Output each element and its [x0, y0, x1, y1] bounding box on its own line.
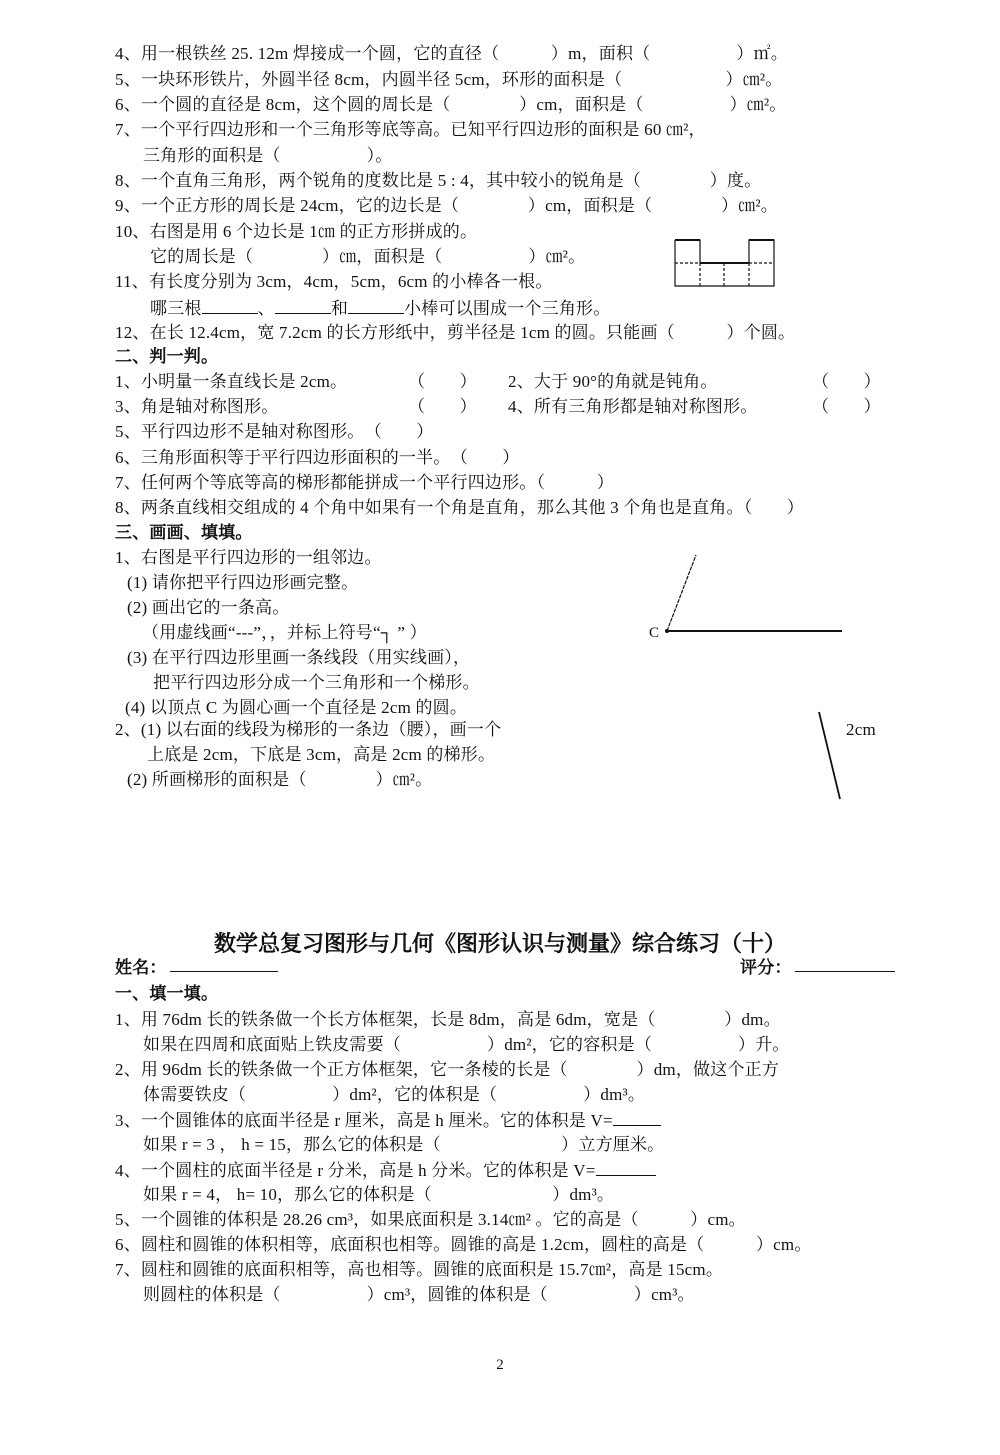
- judge-item-7: 7、任何两个等底等高的梯形都能拼成一个平行四边形。（ ）: [115, 472, 614, 494]
- section-heading-judge: 二、判一判。: [115, 346, 218, 368]
- fill-question-2-cont: 体需要铁皮（ ）dm²，它的体积是（ ）dm³。: [143, 1084, 645, 1106]
- answer-blank[interactable]: [348, 297, 404, 314]
- judge-item-2: 2、大于 90°的角就是钝角。: [508, 371, 718, 393]
- judge-item-3: 3、角是轴对称图形。: [115, 396, 279, 418]
- question-1-5: 5、一块环形铁片，外圆半径 8cm，内圆半径 5cm，环形的面积是（ ）㎝²。: [115, 69, 782, 91]
- answer-blank[interactable]: [613, 1109, 661, 1126]
- score-label: 评分：: [740, 957, 792, 979]
- name-label: 姓名：: [115, 957, 167, 979]
- name-field[interactable]: [170, 955, 278, 972]
- judge-paren-2: （ ）: [812, 371, 881, 393]
- question-1-7-cont: 三角形的面积是（ ）。: [143, 145, 393, 167]
- draw-question-2-2: (2) 所画梯形的面积是（ ）㎝²。: [127, 769, 432, 791]
- judge-item-5: 5、平行四边形不是轴对称图形。 （ ）: [115, 421, 434, 443]
- question-1-4: 4、用一根铁丝 25. 12m 焊接成一个圆，它的直径（ ）m，面积（ ）㎡。: [115, 43, 788, 65]
- section-heading-fill: 一、填一填。: [115, 983, 218, 1005]
- question-1-12: 12、在长 12.4cm，宽 7.2cm 的长方形纸中，剪半径是 1cm 的圆。…: [115, 322, 795, 344]
- exercise-title: 数学总复习图形与几何《图形认识与测量》综合练习（十）: [0, 927, 1000, 958]
- judge-paren-1: （ ）: [408, 371, 477, 393]
- segment-length-label: 2cm: [846, 719, 876, 741]
- question-1-7: 7、一个平行四边形和一个三角形等底等高。已知平行四边形的面积是 60 ㎝²，: [115, 119, 706, 141]
- fill-question-3-cont: 如果 r = 3 ， h = 15，那么它的体积是（ ）立方厘米。: [143, 1134, 664, 1156]
- fill-question-2: 2、用 96dm 长的铁条做一个正方体框架，它一条棱的长是（ ）dm，做这个正方: [115, 1059, 779, 1081]
- fill-question-3: 3、一个圆锥体的底面半径是 r 厘米，高是 h 厘米。它的体积是 V=: [115, 1109, 661, 1132]
- judge-item-4: 4、所有三角形都是轴对称图形。: [508, 396, 758, 418]
- fill-question-5: 5、一个圆锥的体积是 28.26 cm³，如果底面积是 3.14㎝² 。它的高是…: [115, 1209, 746, 1231]
- fill-question-7-cont: 则圆柱的体积是（ ）cm³，圆锥的体积是（ ）cm³。: [143, 1284, 695, 1306]
- question-1-11-cont: 哪三根、和小棒可以围成一个三角形。: [150, 297, 610, 320]
- trapezoid-leg-segment: [815, 710, 845, 802]
- judge-paren-4: （ ）: [812, 396, 881, 418]
- draw-question-1-3: (3) 在平行四边形里画一条线段（用实线画），: [127, 647, 470, 669]
- draw-question-1: 1、右图是平行四边形的一组邻边。: [115, 547, 382, 569]
- judge-item-1: 1、小明量一条直线长是 2cm。: [115, 371, 347, 393]
- question-1-11: 11、有长度分别为 3cm，4cm，5cm，6cm 的小棒各一根。: [115, 271, 553, 293]
- draw-question-2-1-cont: 上底是 2cm，下底是 3cm，高是 2cm 的梯形。: [147, 744, 495, 766]
- score-field[interactable]: [795, 955, 895, 972]
- judge-paren-3: （ ）: [408, 396, 477, 418]
- fill-question-4-cont: 如果 r = 4， h= 10，那么它的体积是（ ）dm³。: [143, 1184, 614, 1206]
- page-number: 2: [0, 1357, 1000, 1374]
- fill-question-4: 4、一个圆柱的底面半径是 r 分米，高是 h 分米。它的体积是 V=: [115, 1159, 656, 1182]
- question-1-10-cont: 它的周长是（ ）㎝，面积是（ ）㎝²。: [150, 246, 585, 268]
- draw-question-1-2: (2) 画出它的一条高。: [127, 597, 289, 619]
- fill-question-1: 1、用 76dm 长的铁条做一个长方体框架，长是 8dm，高是 6dm，宽是（ …: [115, 1009, 781, 1031]
- question-1-6: 6、一个圆的直径是 8cm，这个圆的周长是（ ）cm，面积是（ ）㎝²。: [115, 94, 786, 116]
- draw-question-1-1: (1) 请你把平行四边形画完整。: [127, 572, 358, 594]
- answer-blank[interactable]: [275, 297, 331, 314]
- answer-blank[interactable]: [596, 1159, 656, 1176]
- section-heading-draw: 三、画画、填填。: [115, 522, 253, 544]
- parallelogram-sides-figure: [660, 550, 850, 640]
- draw-question-1-2-note: （用虚线画“---”，，并标上符号“┐ ” ）: [142, 622, 427, 644]
- draw-question-2-1: 2、(1) 以右面的线段为梯形的一条边（腰），画一个: [115, 719, 501, 741]
- question-1-8: 8、一个直角三角形，两个锐角的度数比是 5 : 4，其中较小的锐角是（ ）度。: [115, 170, 761, 192]
- six-squares-figure: [675, 240, 775, 290]
- draw-question-1-3-cont: 把平行四边形分成一个三角形和一个梯形。: [153, 672, 480, 694]
- draw-question-1-4: (4) 以顶点 C 为圆心画一个直径是 2cm 的圆。: [125, 697, 467, 719]
- fill-question-7: 7、圆柱和圆锥的底面积相等，高也相等。圆锥的底面积是 15.7㎝²，高是 15c…: [115, 1259, 723, 1281]
- vertex-c-label: C: [649, 622, 659, 644]
- fill-question-6: 6、圆柱和圆锥的体积相等，底面积也相等。圆锥的高是 1.2cm，圆柱的高是（ ）…: [115, 1234, 812, 1256]
- question-1-10: 10、右图是用 6 个边长是 1㎝ 的正方形拼成的。: [115, 221, 477, 243]
- answer-blank[interactable]: [202, 297, 258, 314]
- question-1-9: 9、一个正方形的周长是 24cm，它的边长是（ ）cm，面积是（ ）㎝²。: [115, 195, 778, 217]
- fill-question-1-cont: 如果在四周和底面贴上铁皮需要（ ）dm²，它的容积是（ ）升。: [143, 1034, 790, 1056]
- judge-item-8: 8、两条直线相交组成的 4 个角中如果有一个角是直角，那么其他 3 个角也是直角…: [115, 497, 804, 519]
- judge-item-6: 6、三角形面积等于平行四边形面积的一半。 （ ）: [115, 447, 520, 469]
